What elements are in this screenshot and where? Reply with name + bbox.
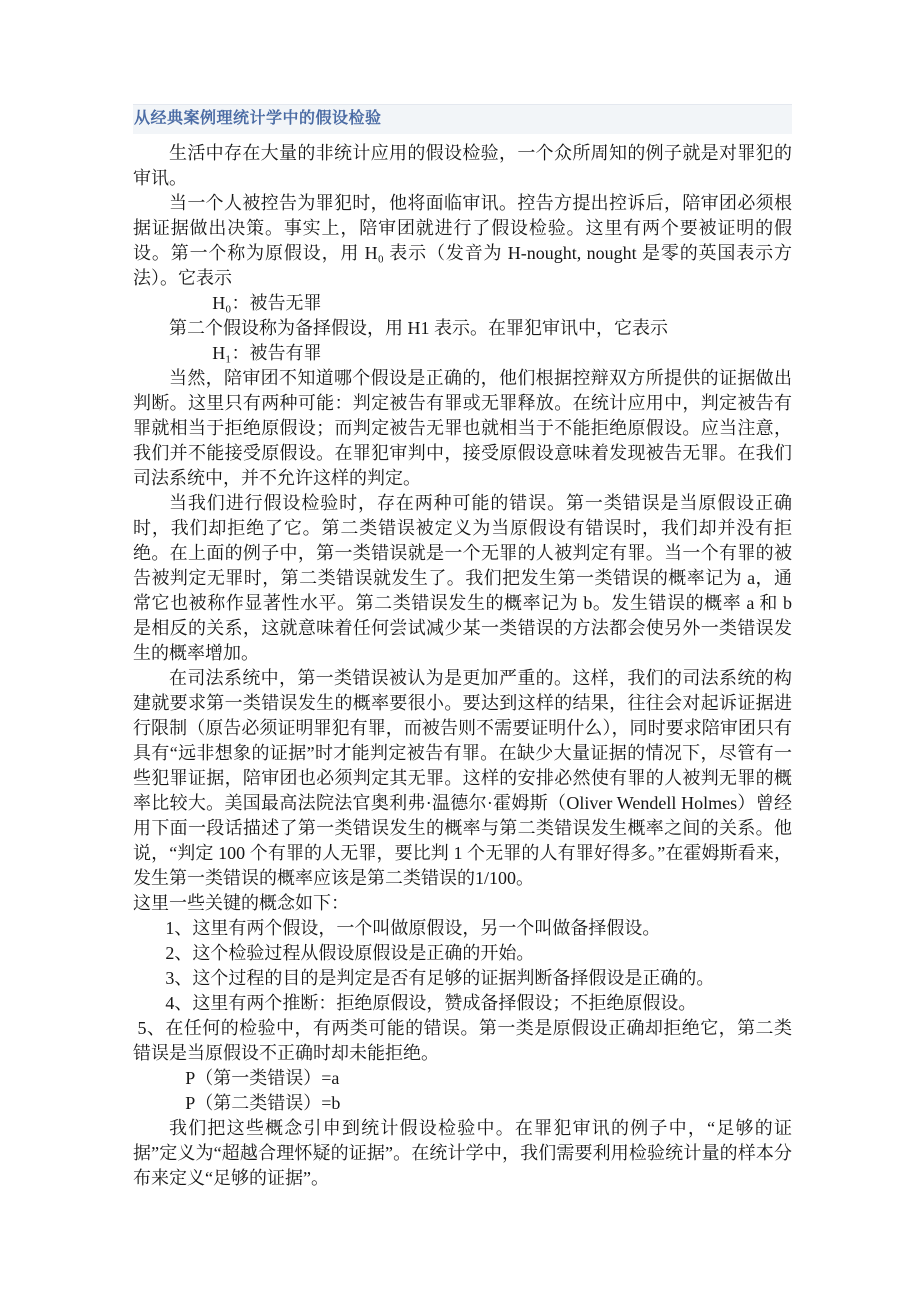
- document-body: 生活中存在大量的非统计应用的假设检验，一个众所周知的例子就是对罪犯的审讯。 当一…: [133, 141, 792, 1191]
- type1-error-formula: P（第一类错误）=a: [133, 1066, 792, 1091]
- document-page: 从经典案例理统计学中的假设检验 生活中存在大量的非统计应用的假设检验，一个众所周…: [0, 0, 920, 1302]
- document-content: 从经典案例理统计学中的假设检验 生活中存在大量的非统计应用的假设检验，一个众所周…: [133, 104, 792, 1191]
- paragraph-justice-system: 在司法系统中，第一类错误被认为是更加严重的。这样，我们的司法系统的构建就要求第一…: [133, 666, 792, 891]
- page-title: 从经典案例理统计学中的假设检验: [133, 104, 792, 134]
- list-item-4: 4、这里有两个推断：拒绝原假设，赞成备择假设；不拒绝原假设。: [133, 991, 792, 1016]
- list-item-2: 2、这个检验过程从假设原假设是正确的开始。: [133, 941, 792, 966]
- h1-definition-line: H₁：被告有罪: [133, 341, 792, 366]
- h0-definition-line: H₀：被告无罪: [133, 291, 792, 316]
- list-item-3: 3、这个过程的目的是判定是否有足够的证据判断备择假设是正确的。: [133, 966, 792, 991]
- list-item-1: 1、这里有两个假设，一个叫做原假设，另一个叫做备择假设。: [133, 916, 792, 941]
- key-concepts-heading: 这里一些关键的概念如下：: [133, 891, 792, 916]
- paragraph-error-types: 当我们进行假设检验时，存在两种可能的错误。第一类错误是当原假设正确时，我们却拒绝…: [133, 491, 792, 666]
- paragraph-conclusion: 我们把这些概念引申到统计假设检验中。在罪犯审讯的例子中，“足够的证据”定义为“超…: [133, 1116, 792, 1191]
- type2-error-formula: P（第二类错误）=b: [133, 1091, 792, 1116]
- paragraph-intro: 生活中存在大量的非统计应用的假设检验，一个众所周知的例子就是对罪犯的审讯。: [133, 141, 792, 191]
- paragraph-jury-decision: 当然，陪审团不知道哪个假设是正确的，他们根据控辩双方所提供的证据做出判断。这里只…: [133, 366, 792, 491]
- paragraph-trial-hypotheses: 当一个人被控告为罪犯时，他将面临审讯。控告方提出控诉后，陪审团必须根据证据做出决…: [133, 191, 792, 291]
- paragraph-alternative-hypothesis: 第二个假设称为备择假设，用 H1 表示。在罪犯审讯中，它表示: [133, 316, 792, 341]
- list-item-5: 5、在任何的检验中，有两类可能的错误。第一类是原假设正确却拒绝它，第二类错误是当…: [133, 1016, 792, 1066]
